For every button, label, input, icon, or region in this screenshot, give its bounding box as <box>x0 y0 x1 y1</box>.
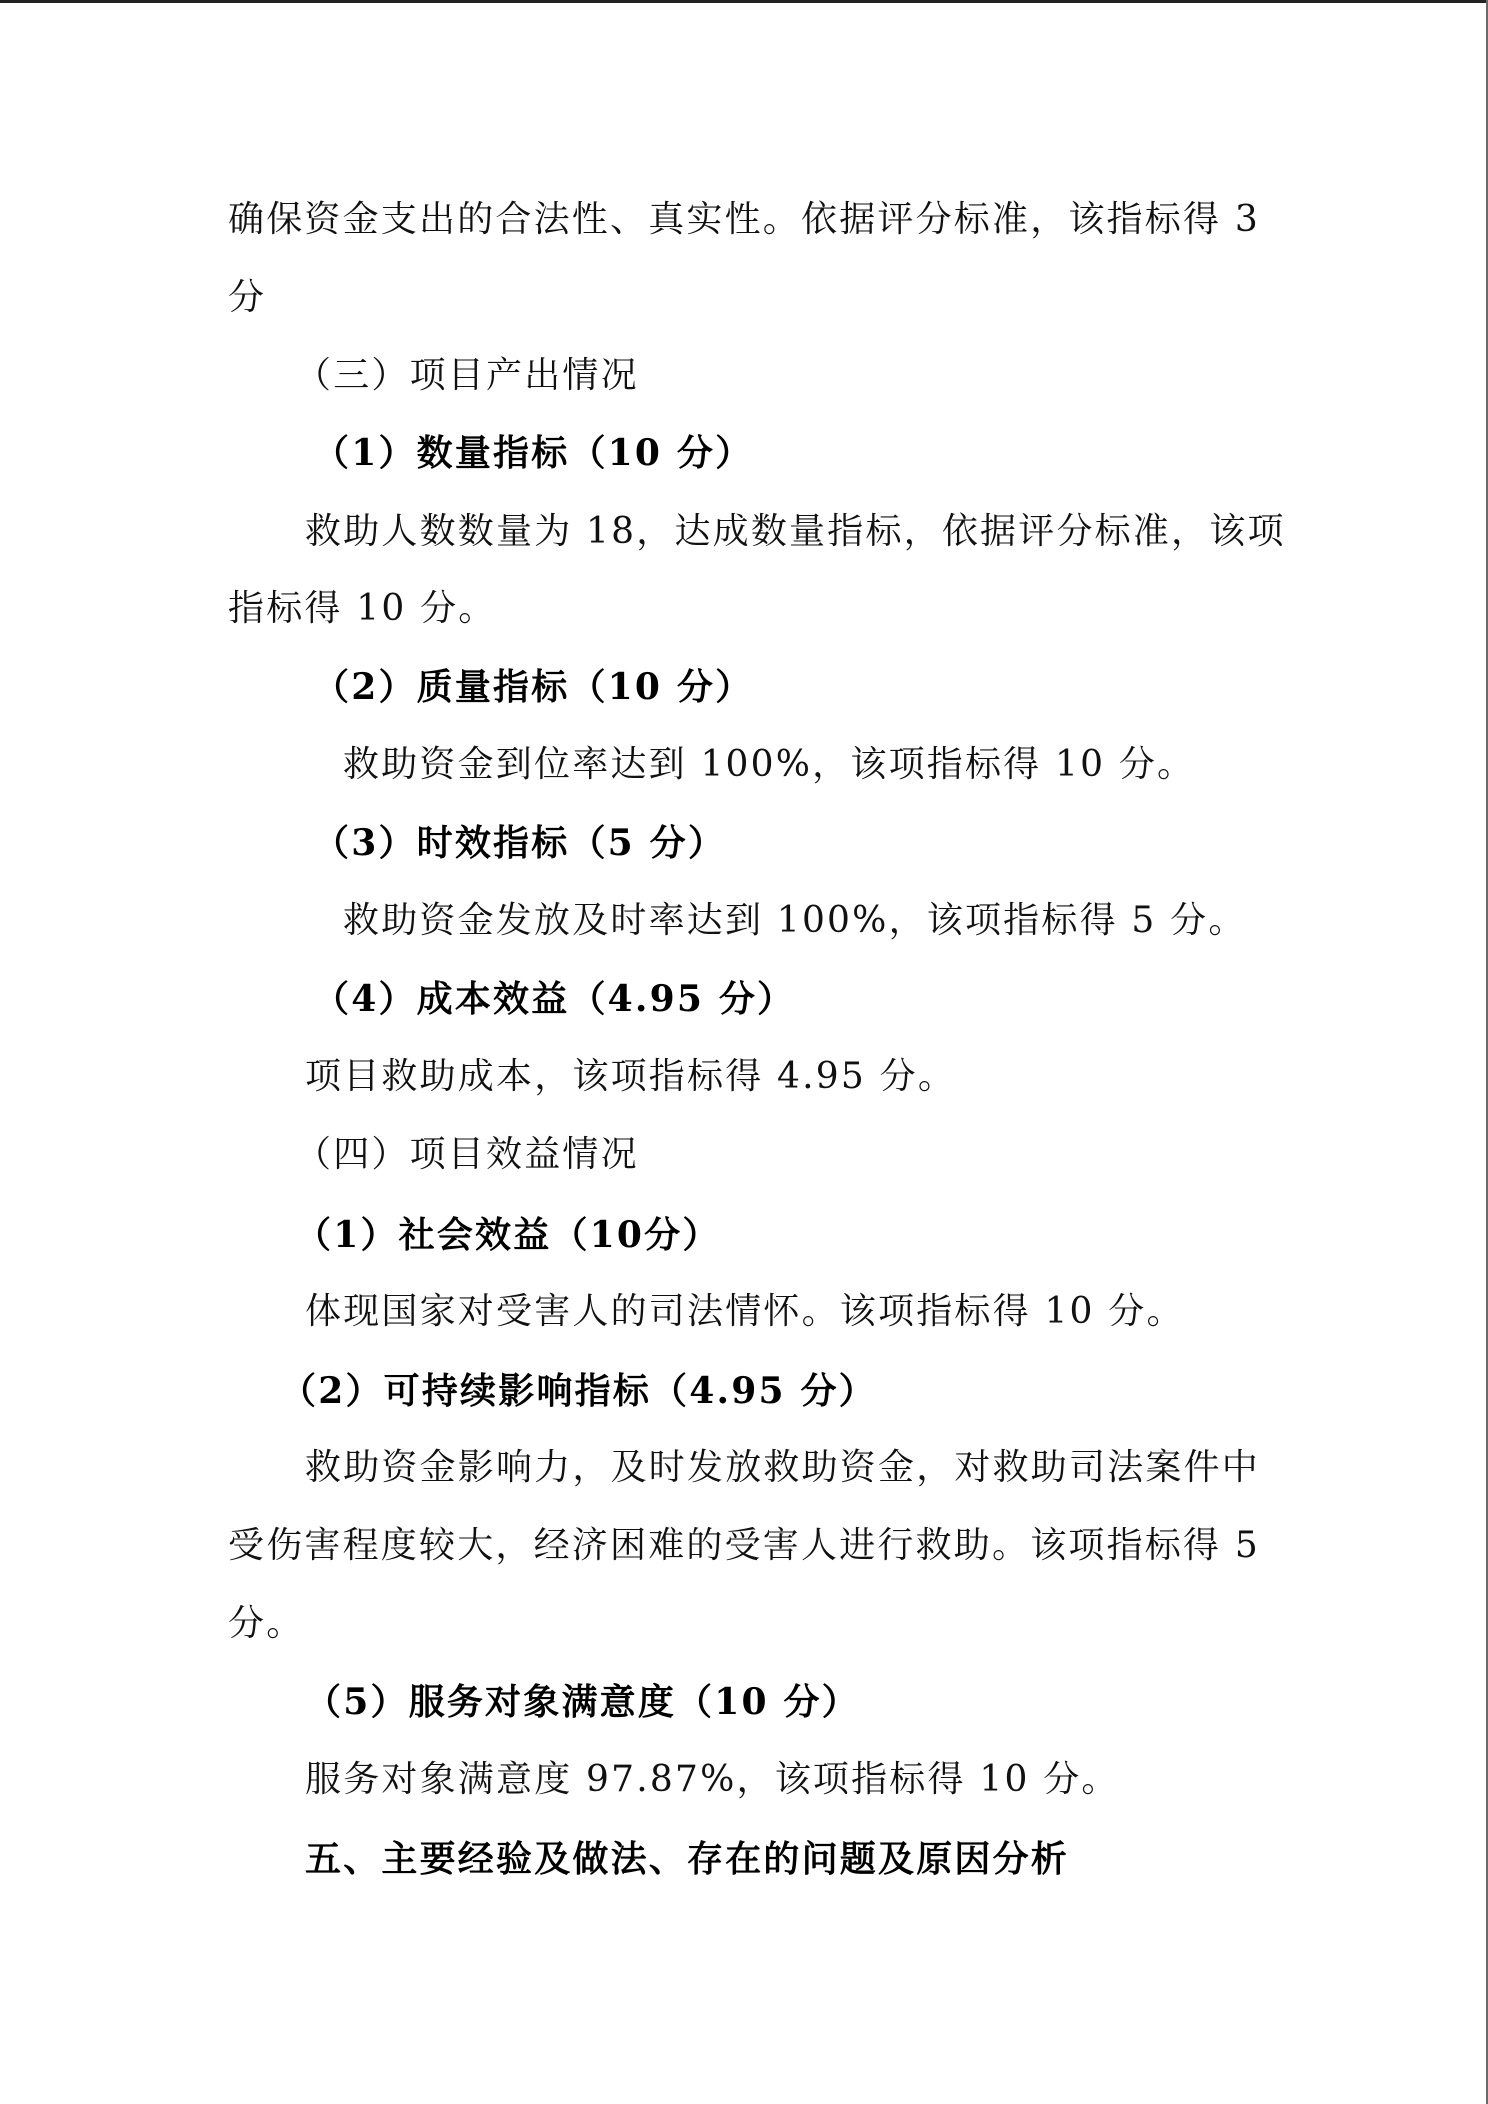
indicator-heading-sustainable-impact: （2）可持续影响指标（4.95 分） <box>280 1371 877 1411</box>
indicator-heading-cost-benefit: （4）成本效益（4.95 分） <box>313 979 795 1019</box>
indicator-heading-quality: （2）质量指标（10 分） <box>313 667 753 707</box>
paragraph-line-satisfaction-rate: 服务对象满意度 97.87%，该项指标得 10 分。 <box>305 1760 1120 1800</box>
paragraph-line-fund-legality: 确保资金支出的合法性、真实性。依据评分标准，该指标得 3 <box>228 200 1260 240</box>
page-top-border <box>0 0 1488 3</box>
section-heading-project-output: （三）项目产出情况 <box>295 356 639 396</box>
paragraph-line-victims: 受伤害程度较大，经济困难的受害人进行救助。该项指标得 5 <box>228 1526 1260 1566</box>
indicator-heading-satisfaction: （5）服务对象满意度（10 分） <box>305 1682 860 1722</box>
paragraph-line-sustainable-score: 分。 <box>228 1604 304 1644</box>
indicator-heading-quantity: （1）数量指标（10 分） <box>313 433 753 473</box>
indicator-heading-social-benefit: （1）社会效益（10分） <box>295 1215 721 1255</box>
paragraph-line-fund-arrival: 救助资金到位率达到 100%，该项指标得 10 分。 <box>343 745 1195 785</box>
paragraph-line-rescue-cost: 项目救助成本，该项指标得 4.95 分。 <box>305 1057 956 1097</box>
chapter-heading-experience-issues: 五、主要经验及做法、存在的问题及原因分析 <box>305 1839 1069 1879</box>
paragraph-line-score-unit: 分 <box>228 278 266 318</box>
paragraph-line-quantity-score: 指标得 10 分。 <box>228 589 497 629</box>
paragraph-line-disbursement: 救助资金发放及时率达到 100%，该项指标得 5 分。 <box>343 901 1247 941</box>
paragraph-line-judicial-care: 体现国家对受害人的司法情怀。该项指标得 10 分。 <box>305 1292 1185 1332</box>
paragraph-line-rescued-count: 救助人数数量为 18，达成数量指标，依据评分标准，该项 <box>305 512 1286 552</box>
paragraph-line-fund-impact: 救助资金影响力，及时发放救助资金，对救助司法案件中 <box>305 1448 1260 1488</box>
indicator-heading-timeliness: （3）时效指标（5 分） <box>313 823 726 863</box>
section-heading-project-benefit: （四）项目效益情况 <box>295 1135 639 1175</box>
